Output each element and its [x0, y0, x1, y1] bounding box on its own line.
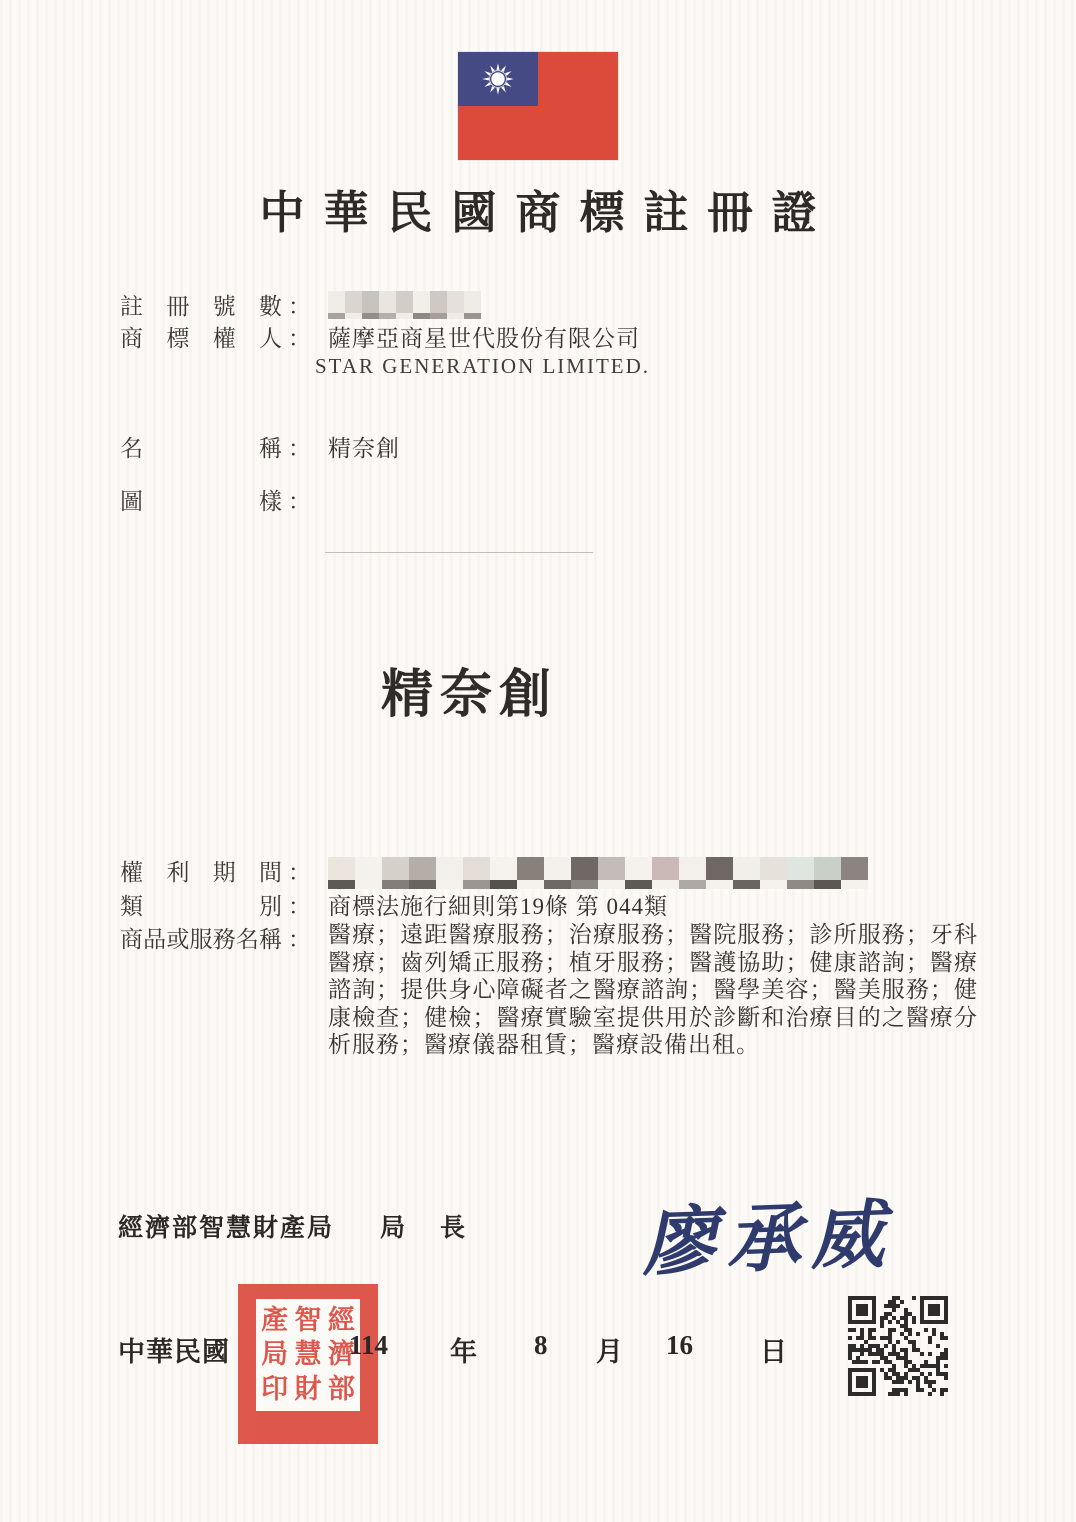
date-day-unit: 日	[760, 1330, 788, 1369]
trademark-owner-label: 商標權人	[120, 320, 282, 353]
issuer-line: 經濟部智慧財產局 局 長	[118, 1208, 479, 1244]
date-year-unit: 年	[450, 1330, 478, 1369]
seal-character: 慧	[294, 1341, 321, 1368]
agency-seal: 經 濟 部 智 慧 財 產 局 印	[238, 1284, 378, 1444]
field-row-class: 類別 ： 商標法施行細則第19條 第 044類	[120, 888, 668, 921]
field-row-mark-name: 名稱 ： 精奈創	[120, 430, 400, 463]
mark-name-value: 精奈創	[328, 430, 400, 463]
sun-icon	[475, 56, 521, 102]
specimen-label: 圖樣	[120, 483, 282, 516]
date-day-value: 16	[666, 1330, 693, 1361]
date-year-value: 114	[349, 1330, 388, 1361]
agency-seal-inner: 經 濟 部 智 慧 財 產 局 印	[256, 1299, 360, 1411]
trademark-owner-value: 薩摩亞商星世代股份有限公司	[328, 320, 640, 353]
specimen-divider-line	[325, 552, 593, 553]
rights-period-redacted	[328, 857, 868, 889]
label-colon: ：	[288, 888, 311, 921]
registration-number-redacted	[328, 291, 481, 319]
qr-code	[848, 1296, 948, 1396]
seal-character: 財	[294, 1376, 321, 1403]
date-month-unit: 月	[596, 1330, 624, 1369]
label-colon: ：	[288, 288, 311, 321]
field-row-trademark-owner: 商標權人 ： 薩摩亞商星世代股份有限公司	[120, 320, 640, 353]
trademark-certificate: 中華民國商標註冊證 註冊號數 ： 商標權人 ： 薩摩亞商星世代股份有限公司 ST…	[0, 0, 1076, 1522]
trademark-owner-english: STAR GENERATION LIMITED.	[315, 354, 650, 379]
class-value: 商標法施行細則第19條 第 044類	[328, 888, 668, 921]
seal-character: 智	[294, 1307, 321, 1334]
flag-canton	[458, 52, 538, 106]
date-era: 中華民國	[118, 1330, 230, 1369]
seal-character: 印	[261, 1376, 288, 1403]
field-row-goods-services: 商品或服務名稱 ： 醫療；遠距醫療服務；治療服務；醫院服務；診所服務；牙科醫療；…	[120, 921, 978, 1059]
field-row-registration-number: 註冊號數 ：	[120, 288, 481, 321]
rights-period-label: 權利期間	[120, 854, 282, 887]
taiwan-flag	[458, 52, 618, 160]
label-colon: ：	[288, 854, 311, 887]
class-label: 類別	[120, 888, 282, 921]
seal-character: 局	[261, 1341, 288, 1368]
label-colon: ：	[288, 921, 311, 954]
field-row-specimen: 圖樣 ：	[120, 483, 311, 516]
goods-services-value: 醫療；遠距醫療服務；治療服務；醫院服務；診所服務；牙科醫療；齒列矯正服務；植牙服…	[328, 921, 978, 1059]
registration-number-label: 註冊號數	[120, 288, 282, 321]
date-month-value: 8	[534, 1330, 548, 1361]
label-colon: ：	[288, 430, 311, 463]
field-row-rights-period: 權利期間 ：	[120, 854, 868, 889]
director-signature: 廖承威	[640, 1176, 896, 1291]
label-colon: ：	[288, 320, 311, 353]
seal-character: 部	[328, 1376, 355, 1403]
goods-services-label: 商品或服務名稱	[120, 921, 282, 954]
trademark-text: 精奈創	[381, 652, 558, 727]
certificate-title: 中華民國商標註冊證	[0, 176, 1076, 241]
seal-character: 產	[261, 1307, 288, 1334]
director-title: 局 長	[380, 1208, 479, 1244]
label-colon: ：	[288, 483, 311, 516]
mark-name-label: 名稱	[120, 430, 282, 463]
issuer-name: 經濟部智慧財產局	[118, 1208, 334, 1244]
